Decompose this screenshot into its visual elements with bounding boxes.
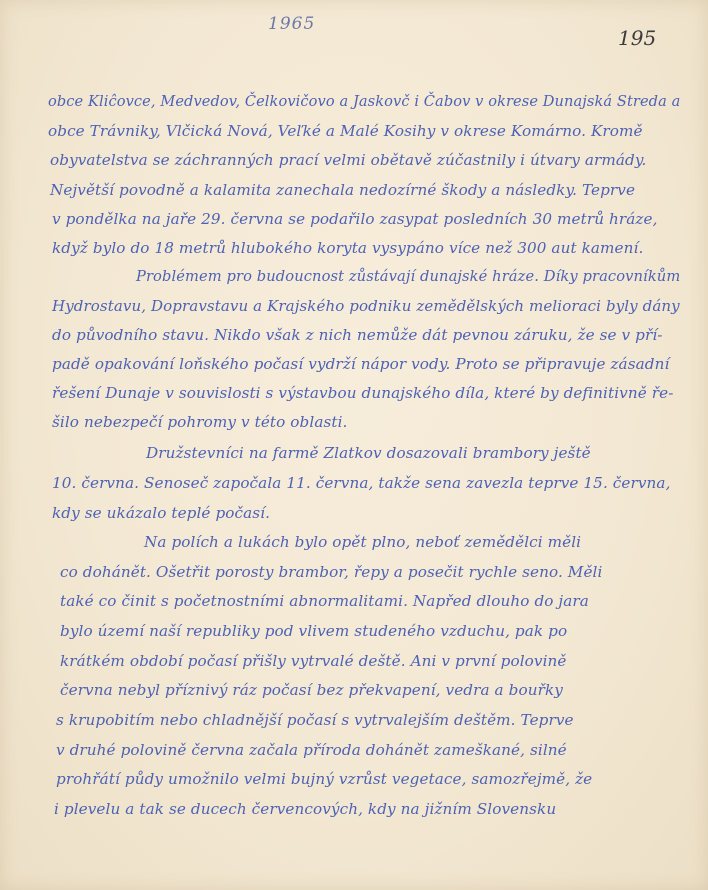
paragraph-start-line: Problémem pro budoucnost zůstávají dunaj…	[136, 267, 680, 285]
text-line: do původního stavu. Nikdo však z nich ne…	[52, 326, 663, 344]
text-line: také co činit s početnostními abnormalit…	[60, 592, 589, 610]
text-line: bylo území naší republiky pod vlivem stu…	[60, 622, 567, 640]
handwritten-text-body: obce Kliĉovce, Medvedov, Čelkovičovo a J…	[0, 0, 708, 890]
text-line: června nebyl příznivý ráz počasí bez pře…	[60, 681, 563, 699]
manuscript-page: 1965 195 obce Kliĉovce, Medvedov, Čelkov…	[0, 0, 708, 890]
text-line: když bylo do 18 metrů hlubokého koryta v…	[52, 239, 643, 257]
text-line: kdy se ukázalo teplé počasí.	[52, 504, 270, 522]
text-line: Největší povodně a kalamita zanechala ne…	[50, 181, 635, 199]
paragraph-start-line: Na polích a lukách bylo opět plno, neboť…	[144, 533, 581, 551]
text-line: padě opakování loňského počasí vydrží ná…	[52, 355, 669, 373]
text-line: co dohánět. Ošetřit porosty brambor, řep…	[60, 563, 602, 581]
text-line: v druhé polovině června začala příroda d…	[56, 741, 567, 759]
text-line: řešení Dunaje v souvislosti s výstavbou …	[52, 384, 673, 402]
text-line: obce Trávniky, Vlčická Nová, Veľké a Mal…	[48, 122, 643, 140]
text-line: v pondělka na jaře 29. června se podařil…	[52, 210, 658, 228]
text-line: s krupobitím nebo chladnější počasí s vy…	[56, 711, 574, 729]
text-line: prohřátí půdy umožnilo velmi bujný vzrůs…	[56, 770, 592, 788]
text-line: i plevelu a tak se ducech červencových, …	[54, 800, 556, 818]
text-line: krátkém období počasí přišly vytrvalé de…	[60, 652, 567, 670]
text-line: obyvatelstva se záchranných prací velmi …	[50, 151, 646, 169]
paragraph-start-line: Družstevníci na farmě Zlatkov dosazovali…	[146, 444, 591, 462]
text-line: 10. června. Senoseč započala 11. června,…	[52, 474, 671, 492]
text-line: obce Kliĉovce, Medvedov, Čelkovičovo a J…	[48, 92, 680, 110]
text-line: šilo nebezpečí pohromy v této oblasti.	[52, 413, 347, 431]
text-line: Hydrostavu, Dopravstavu a Krajského podn…	[52, 297, 680, 315]
